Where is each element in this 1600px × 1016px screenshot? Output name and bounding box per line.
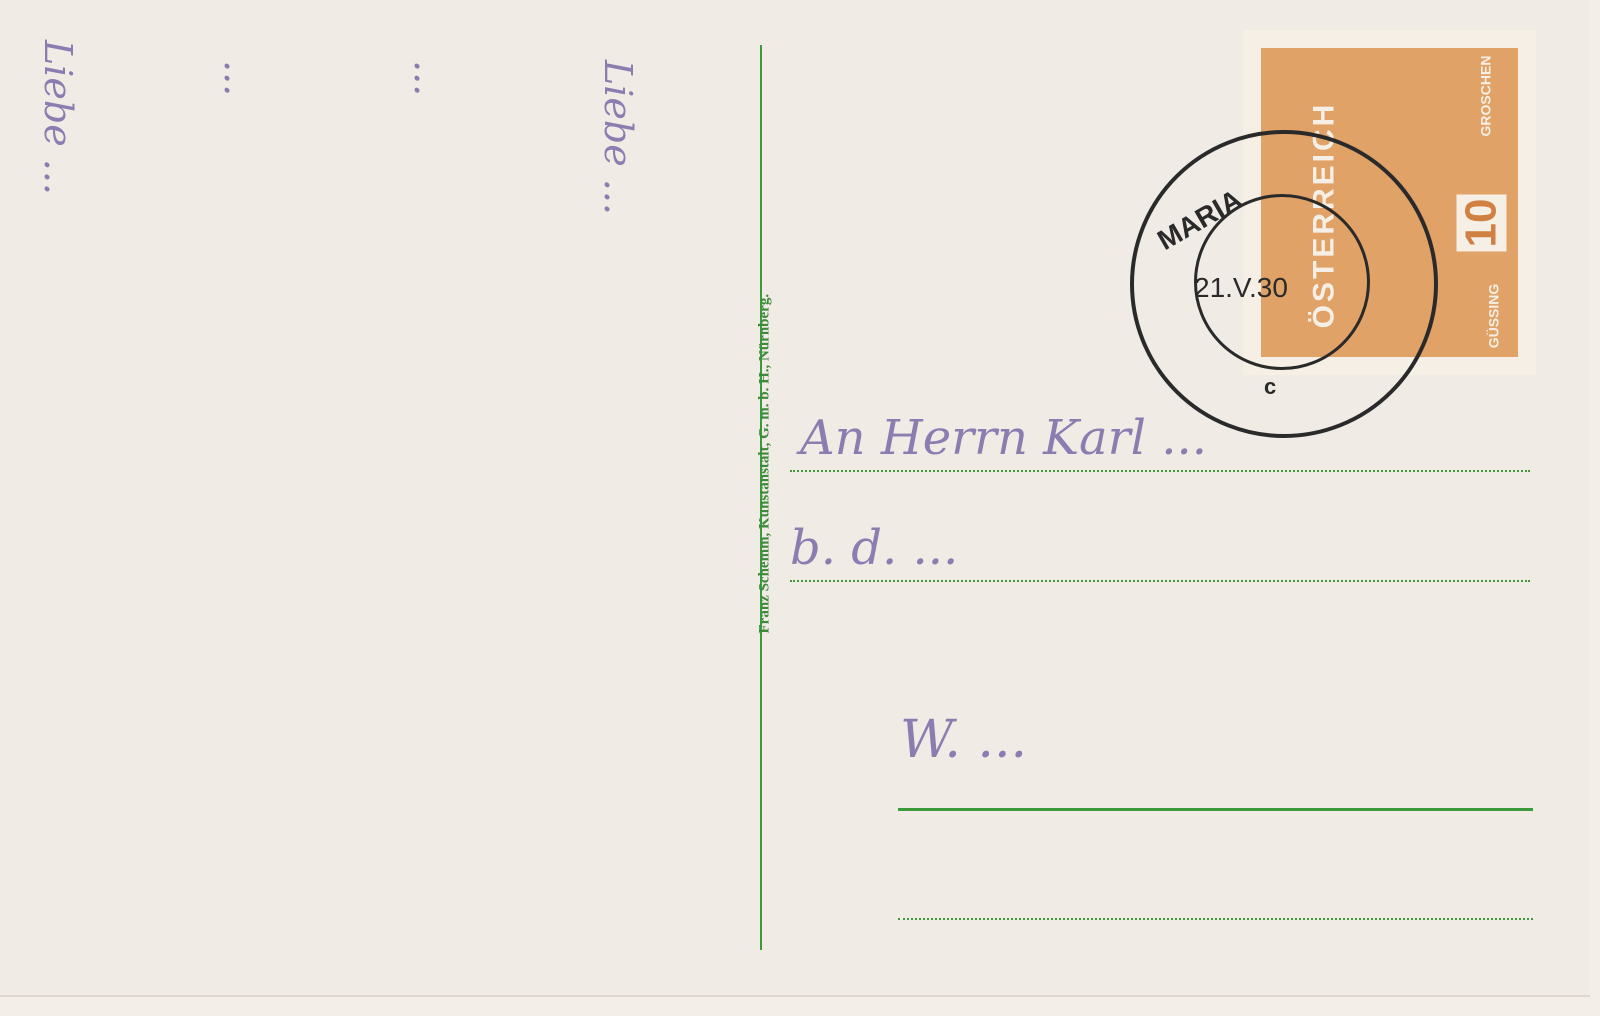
stamp-value: 10: [1457, 195, 1507, 252]
postmark: MARIA 21.V.30 c: [1130, 130, 1438, 438]
address-rule: [898, 808, 1533, 811]
address-rule: [790, 580, 1530, 582]
message-line: ...: [406, 60, 450, 96]
address-rule: [790, 470, 1530, 472]
address-rule: [898, 918, 1533, 920]
stamp-denomination: GROSCHEN: [1478, 56, 1494, 137]
message-line: Liebe ...: [596, 60, 640, 215]
publisher-imprint: Franz Schemm, Kunstanstalt, G. m. b. H.,…: [757, 344, 774, 634]
postcard-back: Liebe ... ... ... Liebe ... Franz Schemm…: [0, 0, 1590, 997]
address-line: An Herrn Karl ...: [800, 410, 1207, 466]
address-line: W. ...: [900, 710, 1027, 770]
postmark-date: 21.V.30: [1194, 272, 1288, 304]
stamp-place: GÜSSING: [1486, 284, 1502, 349]
address-line: b. d. ...: [790, 520, 958, 576]
message-line: ...: [216, 60, 260, 96]
postmark-code: c: [1264, 374, 1276, 400]
message-line: Liebe ...: [36, 40, 80, 195]
